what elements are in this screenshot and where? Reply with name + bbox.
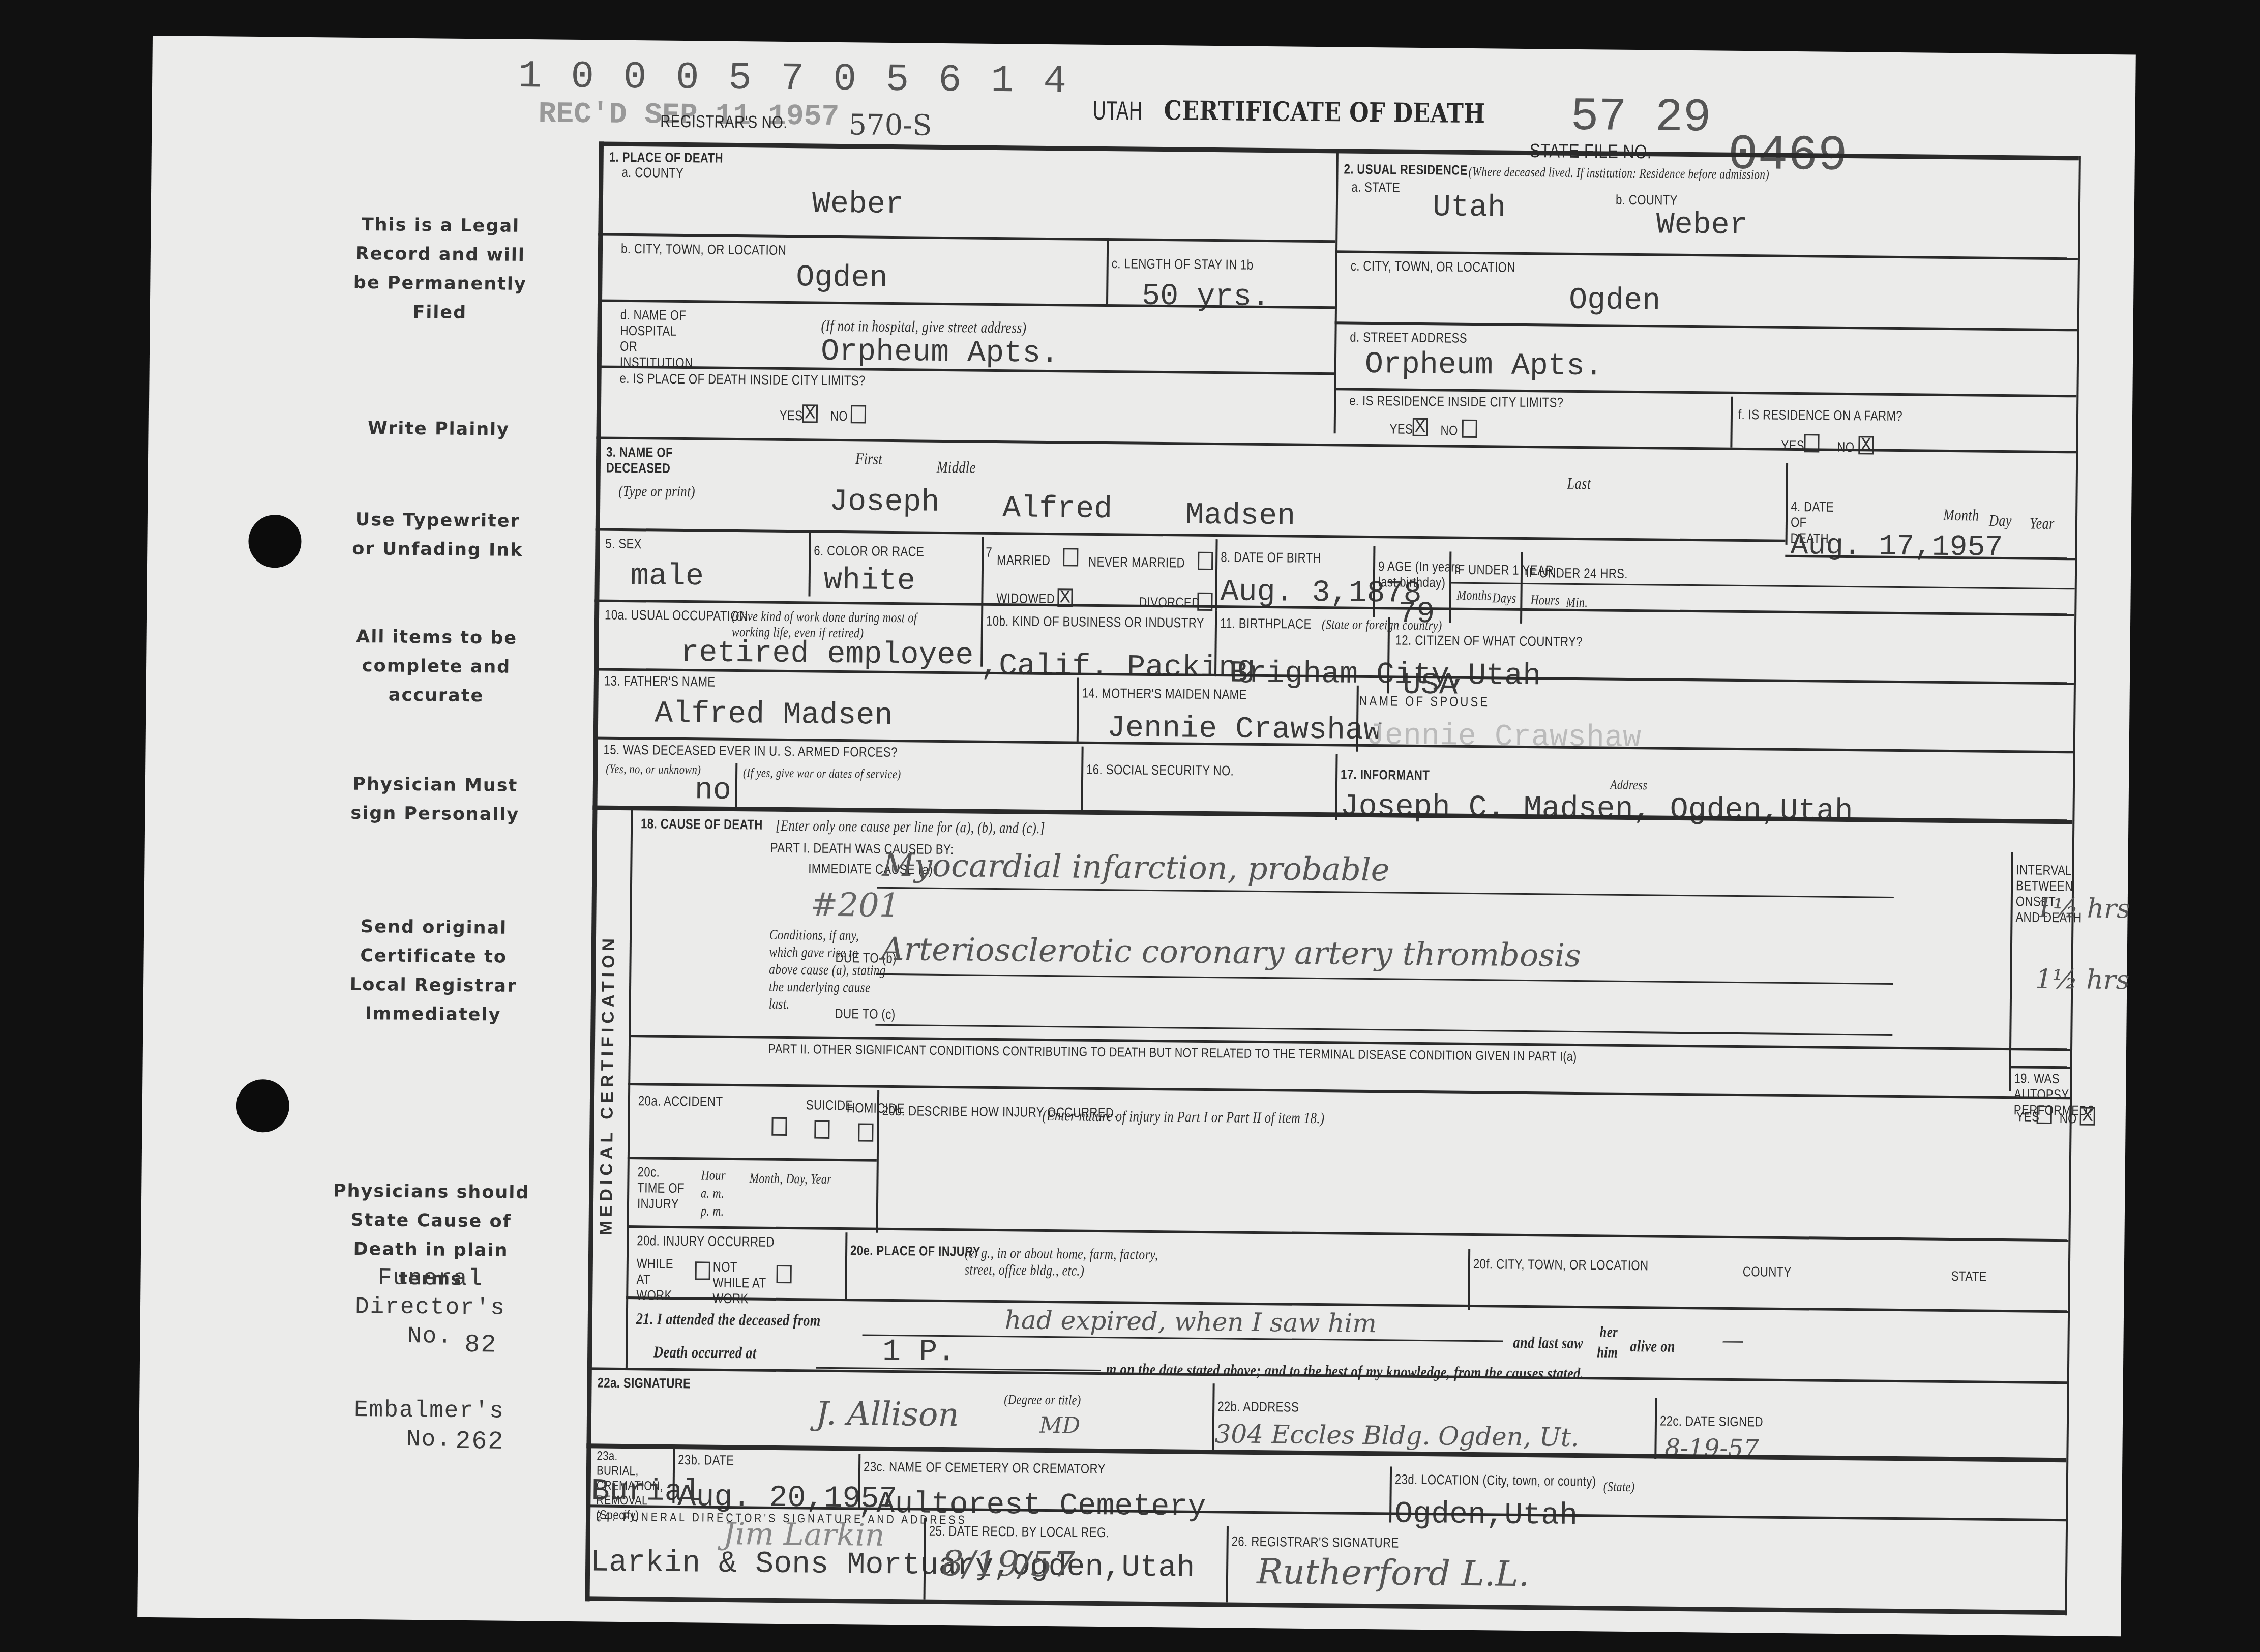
middle-name[interactable]: Alfred <box>1002 491 1113 527</box>
last-name[interactable]: Madsen <box>1185 498 1296 534</box>
address-label: 22b. ADDRESS <box>1217 1399 1299 1415</box>
cemetery-label: 23c. NAME OF CEMETERY OR CREMATORY <box>864 1459 1106 1478</box>
sidebar-note: All items to be complete and accurate <box>339 623 533 712</box>
farm-label: f. IS RESIDENCE ON A FARM? <box>1738 407 1902 424</box>
attended-from[interactable]: had expired, when I saw him <box>1005 1305 1377 1338</box>
cause-hint: [Enter only one cause per line for (a), … <box>776 817 1045 837</box>
armed-forces-label: 15. WAS DECEASED EVER IN U. S. ARMED FOR… <box>603 742 898 761</box>
business-label: 10b. KIND OF BUSINESS OR INDUSTRY <box>986 613 1204 631</box>
stay-label: c. LENGTH OF STAY IN 1b <box>1112 256 1254 273</box>
married-label: MARRIED <box>997 552 1050 569</box>
yes-label: YES <box>780 408 803 424</box>
citizen-label: 12. CITIZEN OF WHAT COUNTRY? <box>1395 633 1583 651</box>
dob-label: 8. DATE OF BIRTH <box>1221 549 1321 566</box>
her-label: her <box>1599 1323 1618 1341</box>
alive-on[interactable]: — <box>1721 1327 1744 1353</box>
state-file-part1: 57 29 <box>1570 90 1711 145</box>
min-label: Min. <box>1566 595 1588 610</box>
homicide-checkbox[interactable] <box>858 1123 873 1141</box>
autopsy-yes-checkbox[interactable] <box>2037 1106 2052 1124</box>
registrars-no: 570-S <box>848 108 932 142</box>
interval-a[interactable]: 1½ hrs <box>2036 893 2130 925</box>
pm-label: p. m. <box>701 1203 724 1219</box>
degree-label: (Degree or title) <box>1004 1392 1081 1408</box>
informant-address-label: Address <box>1610 777 1648 793</box>
father-name[interactable]: Alfred Madsen <box>655 697 893 733</box>
date-signed-label: 22c. DATE SIGNED <box>1660 1413 1763 1430</box>
res-state-label: a. STATE <box>1351 180 1400 196</box>
usual-residence-hint: (Where deceased lived. If institution: R… <box>1468 164 1769 183</box>
spouse-label: NAME OF SPOUSE <box>1359 693 1490 710</box>
burial-date-label: 23b. DATE <box>678 1452 734 1468</box>
place-injury-label: 20e. PLACE OF INJURY <box>850 1243 980 1259</box>
occupation[interactable]: retired employee <box>680 636 974 673</box>
death-county[interactable]: Weber <box>812 187 904 222</box>
physician-address[interactable]: 304 Eccles Bldg. Ogden, Ut. <box>1214 1419 1579 1452</box>
occupation-label: 10a. USUAL OCCUPATION <box>605 607 748 625</box>
race[interactable]: white <box>823 564 915 599</box>
yes-label: YES <box>1390 421 1413 437</box>
armed-forces-hint1: (Yes, no, or unknown) <box>606 762 701 778</box>
farm-no-checkbox[interactable]: X <box>1858 436 1874 454</box>
res-inside-limits-yes-checkbox[interactable]: X <box>1413 418 1428 436</box>
inside-limits-label: e. IS PLACE OF DEATH INSIDE CITY LIMITS? <box>619 371 865 389</box>
county-label: a. COUNTY <box>621 165 683 181</box>
first-label: First <box>855 449 882 468</box>
sex[interactable]: male <box>631 559 704 594</box>
death-at[interactable]: 1 P. <box>882 1335 956 1370</box>
first-name[interactable]: Joseph <box>829 485 940 520</box>
middle-label: Middle <box>937 458 976 477</box>
res-state[interactable]: Utah <box>1433 190 1506 225</box>
death-at-label: Death occurred at <box>653 1343 757 1363</box>
stamp-number: 1 0 0 0 5 7 0 5 6 1 4 <box>518 54 1070 103</box>
armed-forces[interactable]: no <box>694 773 731 808</box>
accident-label: 20a. ACCIDENT <box>638 1093 723 1110</box>
divorced-checkbox[interactable] <box>1197 593 1212 611</box>
never-married-label: NEVER MARRIED <box>1088 554 1185 571</box>
burial-location-label: 23d. LOCATION (City, town, or county) <box>1395 1472 1596 1490</box>
hospital-name[interactable]: Orpheum Apts. <box>821 335 1059 371</box>
day-label: Day <box>1989 511 2012 530</box>
sex-label: 5. SEX <box>605 536 642 552</box>
no-label: NO <box>1837 439 1854 455</box>
res-city-label: c. CITY, TOWN, OR LOCATION <box>1351 258 1515 276</box>
street-label: d. STREET ADDRESS <box>1350 330 1467 346</box>
hours-label: Hours <box>1530 592 1560 608</box>
yes-label: YES <box>1781 438 1804 454</box>
hospital-hint: (If not in hospital, give street address… <box>821 317 1026 337</box>
spouse-name[interactable]: Jennie Crawshaw <box>1366 719 1642 756</box>
hospital-label: d. NAME OF HOSPITAL OR INSTITUTION <box>620 307 696 371</box>
month-label: Month <box>1943 506 1979 525</box>
sidebar-note: This is a Legal Record and will be Perma… <box>343 211 538 329</box>
last-label: Last <box>1567 474 1591 493</box>
res-inside-limits-no-checkbox[interactable] <box>1462 420 1477 438</box>
days-label: Days <box>1492 590 1516 606</box>
informant-label: 17. INFORMANT <box>1341 766 1430 783</box>
place-injury-hint: (e. g., in or about home, farm, factory,… <box>965 1245 1174 1280</box>
suicide-label: SUICIDE <box>806 1097 853 1113</box>
date-recd-label: 25. DATE RECD. BY LOCAL REG. <box>929 1523 1110 1541</box>
under-24h-label: IF UNDER 24 HRS. <box>1526 565 1628 582</box>
res-county-label: b. COUNTY <box>1616 192 1678 209</box>
name-hint: (Type or print) <box>618 483 695 500</box>
alive-on-label: alive on <box>1630 1337 1675 1356</box>
informant[interactable]: Joseph C. Madsen, Ogden,Utah <box>1340 789 1853 829</box>
death-inside-limits-no-checkbox[interactable] <box>851 405 866 423</box>
punch-hole <box>236 1079 289 1133</box>
funeral-director[interactable]: Larkin & Sons Mortuary,Ogden,Utah <box>590 1545 1195 1585</box>
am-label: a. m. <box>701 1185 724 1201</box>
immediate-cause[interactable]: Myocardial infarction, probable <box>882 846 1390 889</box>
physician-signature[interactable]: J. Allison <box>816 1395 959 1434</box>
registrar-signature[interactable]: Rutherford L.L. <box>1257 1552 1530 1595</box>
place-of-death-label: 1. PLACE OF DEATH <box>609 150 724 166</box>
certificate-title: CERTIFICATE OF DEATH <box>1164 95 1485 129</box>
no-label: NO <box>830 408 848 424</box>
interval-b[interactable]: 1½ hrs <box>2035 964 2130 996</box>
registrar-sig-label: 26. REGISTRAR'S SIGNATURE <box>1232 1534 1399 1551</box>
degree[interactable]: MD <box>1039 1412 1081 1439</box>
describe-hint: (Enter nature of injury in Part I or Par… <box>1043 1107 1325 1127</box>
cause-code: #201 <box>810 886 900 925</box>
mdy-label: Month, Day, Year <box>749 1170 831 1187</box>
res-inside-limits-label: e. IS RESIDENCE INSIDE CITY LIMITS? <box>1349 393 1563 411</box>
medical-certification-label: MEDICAL CERTIFICATION <box>596 934 619 1235</box>
burial-state-label: (State) <box>1603 1479 1635 1495</box>
punch-hole <box>248 515 302 568</box>
registrars-no-label: REGISTRAR'S NO. <box>660 112 787 133</box>
res-street[interactable]: Orpheum Apts. <box>1365 347 1603 384</box>
res-county[interactable]: Weber <box>1656 208 1748 243</box>
married-checkbox[interactable] <box>1063 548 1078 566</box>
length-of-stay[interactable]: 50 yrs. <box>1142 279 1270 315</box>
marital-label: 7 <box>986 545 992 560</box>
suicide-checkbox[interactable] <box>814 1120 829 1139</box>
due-to-b[interactable]: Arteriosclerotic coronary artery thrombo… <box>881 930 1581 974</box>
father-label: 13. FATHER'S NAME <box>604 673 716 690</box>
ssn-label: 16. SOCIAL SECURITY NO. <box>1086 762 1234 779</box>
embalmer-no: 262 <box>383 1426 577 1457</box>
injury-occurred-label: 20d. INJURY OCCURRED <box>637 1233 775 1250</box>
time-injury-label: 20c. TIME OF INJURY <box>637 1164 688 1212</box>
not-while-at-work-checkbox[interactable] <box>777 1265 792 1283</box>
no-label: NO <box>1441 423 1458 438</box>
title-state: UTAH <box>1092 96 1142 127</box>
date-recd[interactable]: 8/19/57 <box>941 1544 1075 1585</box>
yes-label: YES <box>2016 1109 2040 1125</box>
while-at-work-checkbox[interactable] <box>695 1261 710 1280</box>
usual-residence-label: 2. USUAL RESIDENCE <box>1344 161 1467 178</box>
sidebar-note: Write Plainly <box>342 414 536 445</box>
name-label: 3. NAME OF DECEASED <box>606 445 686 477</box>
sidebar-note: Use Typewriter or Unfading Ink <box>341 506 534 566</box>
last-saw-label: and last saw <box>1513 1333 1583 1352</box>
injury-county-label: COUNTY <box>1743 1264 1792 1280</box>
injury-city-label: 20f. CITY, TOWN, OR LOCATION <box>1473 1256 1649 1274</box>
death-inside-limits-yes-checkbox[interactable]: X <box>802 404 818 423</box>
year-label: Year <box>2030 514 2055 533</box>
death-city[interactable]: Ogden <box>796 260 888 296</box>
birthplace-label: 11. BIRTHPLACE <box>1220 615 1312 632</box>
race-label: 6. COLOR OR RACE <box>814 543 924 560</box>
mother-label: 14. MOTHER'S MAIDEN NAME <box>1082 686 1247 703</box>
funeral-director-no: 82 <box>384 1330 578 1361</box>
injury-state-label: STATE <box>1951 1268 1987 1285</box>
divorced-label: DIVORCED <box>1139 595 1200 611</box>
sidebar-note: Send original Certificate to Local Regis… <box>336 912 530 1030</box>
due-to-c-label: DUE TO (c) <box>835 1006 895 1022</box>
attended-label: 21. I attended the deceased from <box>636 1309 821 1330</box>
accident-checkbox[interactable] <box>771 1117 787 1136</box>
date-of-death[interactable]: Aug. 17,1957 <box>1790 529 2003 565</box>
sidebar-note: Physician Must sign Personally <box>338 770 532 830</box>
cause-label: 18. CAUSE OF DEATH <box>641 816 763 833</box>
birthplace-hint: (State or foreign country) <box>1322 616 1442 633</box>
death-at-suffix: m on the date stated above; and to the b… <box>1106 1360 1584 1383</box>
autopsy-no-checkbox[interactable]: X <box>2080 1107 2095 1125</box>
no-label: NO <box>2060 1111 2077 1127</box>
never-married-checkbox[interactable] <box>1198 552 1213 570</box>
armed-forces-hint2: (If yes, give war or dates of service) <box>743 766 901 782</box>
signature-label: 22a. SIGNATURE <box>597 1375 691 1392</box>
res-city[interactable]: Ogden <box>1569 283 1661 319</box>
city-label: b. CITY, TOWN, OR LOCATION <box>621 241 786 258</box>
him-label: him <box>1597 1344 1618 1361</box>
hour-label: Hour <box>701 1167 726 1183</box>
certificate-paper: 1 0 0 0 5 7 0 5 6 1 4 REC'D SEP 11 1957 … <box>137 36 2136 1636</box>
months-label: Months <box>1456 587 1492 604</box>
conditions-hint: Conditions, if any, which gave rise to a… <box>769 927 886 1014</box>
